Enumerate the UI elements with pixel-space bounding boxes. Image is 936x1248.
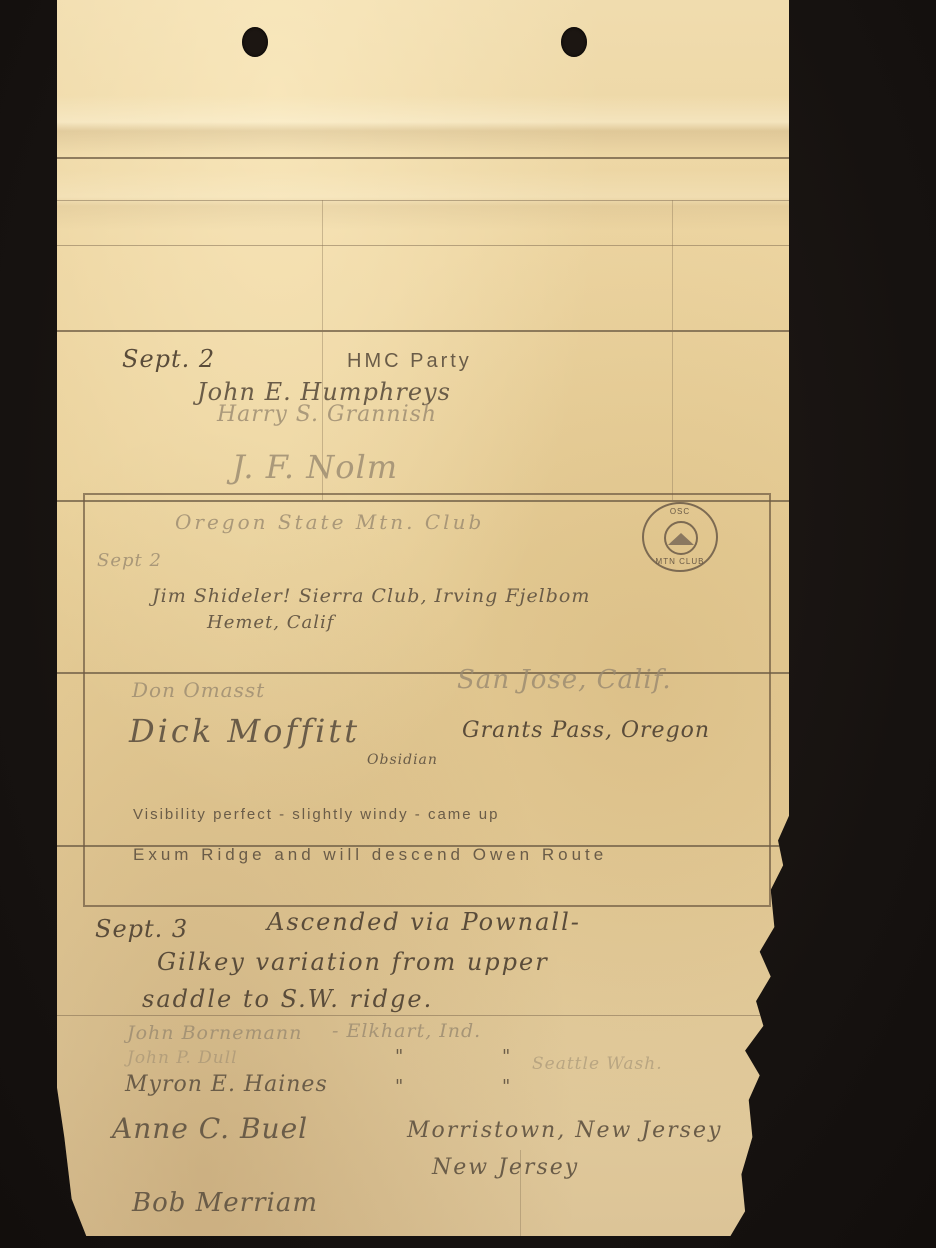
mountain-icon bbox=[664, 521, 698, 555]
entry1-name: Harry S. Grannish bbox=[217, 402, 437, 427]
entry1-party: HMC Party bbox=[347, 350, 472, 373]
entry2-line: Obsidian bbox=[367, 752, 438, 768]
entry1-signature: J. F. Nolm bbox=[232, 448, 398, 486]
entry2-date: Sept 2 bbox=[97, 550, 162, 571]
ruled-line bbox=[57, 157, 789, 159]
column-line bbox=[672, 200, 673, 500]
ruled-line bbox=[57, 1015, 789, 1016]
signer-note: - Elkhart, Ind. bbox=[332, 1020, 481, 1042]
signer-name: Myron E. Haines bbox=[125, 1072, 328, 1097]
signer-name: Anne C. Buel bbox=[112, 1112, 308, 1145]
entry3-line: Ascended via Pownall- bbox=[267, 908, 581, 936]
ruled-line bbox=[57, 245, 789, 246]
club-stamp: OSC MTN CLUB bbox=[642, 502, 718, 572]
ditto-mark: " bbox=[502, 1046, 511, 1067]
signer-note: Morristown, New Jersey bbox=[407, 1118, 722, 1143]
signer-note: New Jersey bbox=[432, 1155, 579, 1180]
binder-hole-left bbox=[242, 27, 268, 57]
entry2-note: Exum Ridge and will descend Owen Route bbox=[133, 845, 607, 865]
entry2-signature: Dick Moffitt bbox=[129, 712, 360, 750]
ditto-mark: " bbox=[395, 1046, 404, 1067]
entry2-line: Don Omasst bbox=[132, 678, 265, 702]
signer-name: John P. Dull bbox=[127, 1048, 238, 1068]
stamp-bottom-text: MTN CLUB bbox=[644, 557, 716, 566]
ruled-line bbox=[57, 330, 789, 332]
entry3-date: Sept. 3 bbox=[95, 915, 188, 943]
entry1-date: Sept. 2 bbox=[122, 345, 215, 373]
entry2-note: Visibility perfect - slightly windy - ca… bbox=[133, 806, 500, 823]
entry2-line: San Jose, Calif. bbox=[457, 665, 672, 695]
stamp-top-text: OSC bbox=[644, 507, 716, 516]
entry3-line: Gilkey variation from upper bbox=[157, 948, 549, 976]
ditto-mark: " bbox=[502, 1076, 511, 1097]
entry2-line: Grants Pass, Oregon bbox=[462, 718, 710, 743]
entry2-line: Hemet, Calif bbox=[207, 612, 334, 633]
ditto-mark: " bbox=[395, 1076, 404, 1097]
register-page: Sept. 2 HMC Party John E. Humphreys Harr… bbox=[57, 0, 789, 1236]
club-name: Oregon State Mtn. Club bbox=[175, 510, 484, 534]
entry2-line: Jim Shideler! Sierra Club, Irving Fjelbo… bbox=[152, 585, 590, 607]
signer-name: Bob Merriam bbox=[132, 1188, 318, 1218]
entry3-line: saddle to S.W. ridge. bbox=[142, 985, 433, 1013]
paper-crease bbox=[57, 95, 789, 155]
signer-name: John Bornemann bbox=[127, 1022, 302, 1044]
ruled-line bbox=[57, 200, 789, 201]
signer-note: Seattle Wash. bbox=[532, 1054, 663, 1074]
binder-hole-right bbox=[561, 27, 587, 57]
